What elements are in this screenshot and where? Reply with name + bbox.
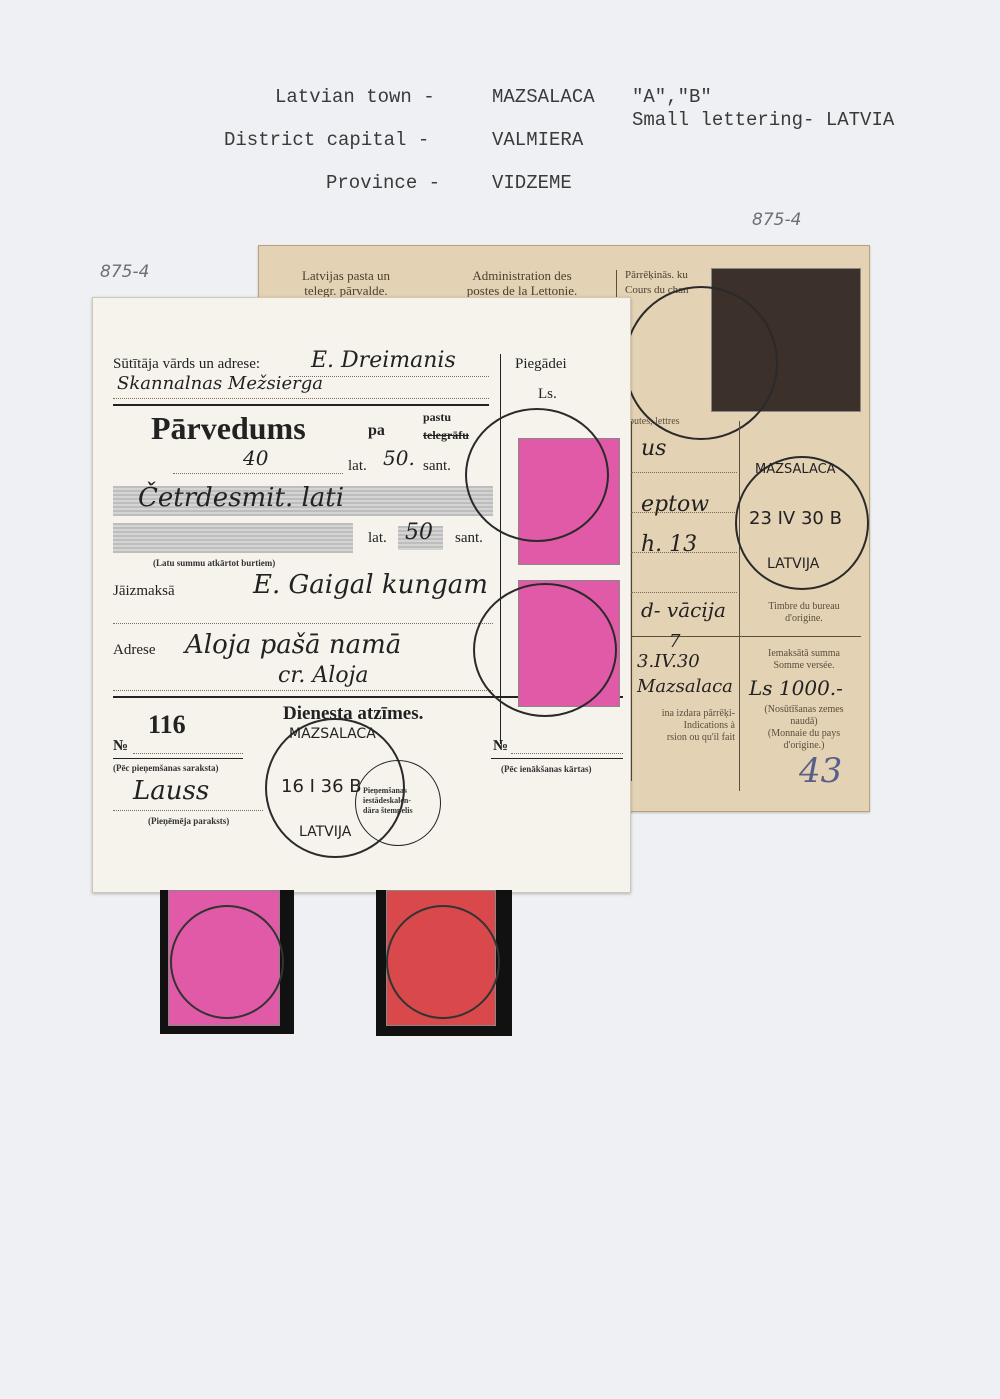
postmark-stamp-top (465, 408, 609, 542)
words-note: (Latu summu atkārtot burtiem) (153, 558, 275, 568)
delivery-label: Piegādei (515, 356, 567, 373)
town-value: MAZSALACA (492, 86, 595, 108)
postmark-stamp-bottom (473, 583, 617, 717)
province-label: Province - (326, 172, 440, 194)
sender-label: Sūtītāja vārds un adrese: (113, 356, 260, 373)
lettering-note: Small lettering- LATVIA (632, 109, 894, 131)
ls-label: Ls. (538, 386, 557, 403)
amount-words: Četrdesmit. lati (138, 483, 344, 513)
card-header-left: Latvijas pasta un telegr. pārvalde. (271, 268, 421, 298)
postmark-mazsalaca-1930: MAZSALACA 23 IV 30 B LATVIJA (735, 456, 869, 590)
stamp-office-label: Timbre du bureau d'origine. (749, 601, 859, 625)
pencil-number: 43 (799, 751, 842, 791)
address-label: Adrese (113, 642, 155, 659)
town-types: "A","B" (632, 86, 712, 108)
loose-red-postmark (386, 905, 500, 1019)
calendar-stamp-label: Pieņemšanas iestādeskalen- dāra štempeli… (363, 786, 413, 816)
currency-note: (Nosūtīšanas zemes naudā) (Monnaie du pa… (745, 704, 863, 752)
sender-name: E. Dreimanis (311, 348, 456, 373)
receipt-number: 116 (148, 710, 186, 740)
province-value: VIDZEME (492, 172, 572, 194)
signature: Lauss (133, 776, 209, 806)
amount-sant: 50. (383, 446, 415, 470)
catalog-ref-right: 875-4 (752, 210, 801, 230)
district-value: VALMIERA (492, 129, 583, 151)
amount-lat: 40 (243, 446, 268, 470)
loose-pink-postmark (170, 905, 284, 1019)
payee-name: E. Gaigal kungam (253, 570, 488, 600)
parvedums-form: Sūtītāja vārds un adrese: E. Dreimanis S… (92, 297, 631, 893)
address-line2: cr. Aloja (278, 663, 369, 688)
district-label: District capital - (224, 129, 429, 151)
town-label: Latvian town - (275, 86, 435, 108)
sender-address: Skannalnas Mežsierga (117, 373, 323, 394)
catalog-ref-left: 875-4 (100, 262, 149, 282)
address-line1: Aloja pašā namā (185, 630, 401, 660)
indications-note: ina izdara pārrēķi- Indications à rsion … (631, 708, 735, 744)
card-header-center: Administration des postes de la Lettonie… (437, 268, 607, 298)
amount-label: Iemaksātā summa Somme versée. (749, 648, 859, 672)
payee-label: Jāizmaksā (113, 583, 175, 600)
form-title: Pārvedums (151, 410, 306, 447)
amount-value: Ls 1000.- (749, 676, 843, 700)
